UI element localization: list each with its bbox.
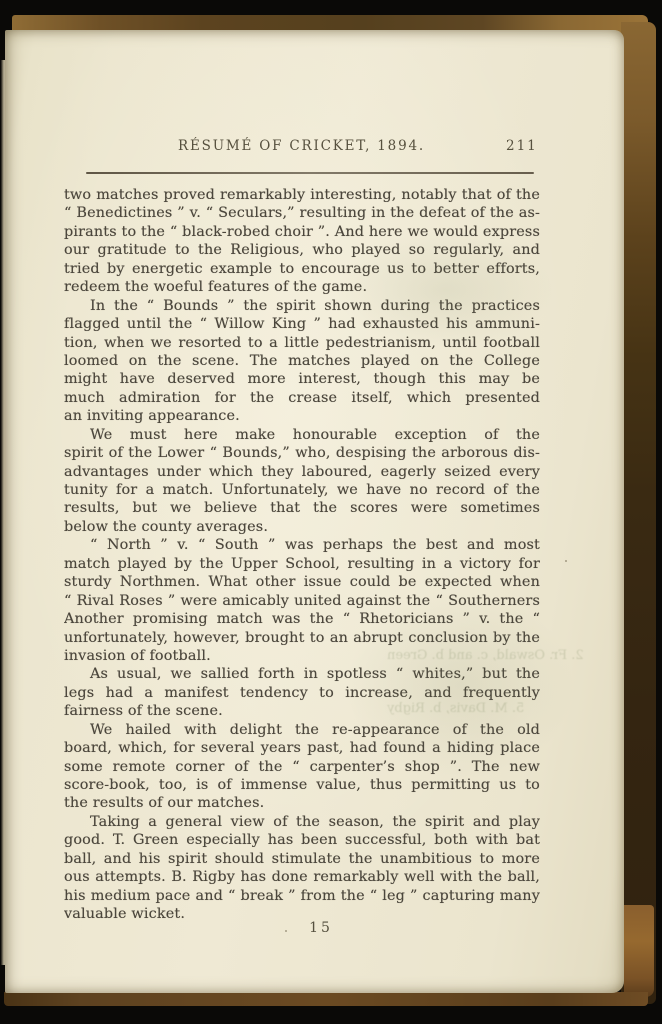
page-body: two matches proved remarkably interestin… <box>64 186 540 924</box>
text-line: ous attempts. B. Rigby has done remarkab… <box>64 868 540 886</box>
book-cover-corner-patch <box>624 905 654 997</box>
book-photo: RÉSUMÉ OF CRICKET, 1894. 211 two matches… <box>0 0 662 1024</box>
paragraph: In the “ Bounds ” the spirit shown durin… <box>64 297 540 426</box>
text-line: “ North ” v. “ South ” was perhaps the b… <box>64 536 540 554</box>
text-line: tion, when we resorted to a little pedes… <box>64 334 540 352</box>
text-line: invasion of football. <box>64 647 540 665</box>
text-line: As usual, we sallied forth in spotless “… <box>64 665 540 683</box>
text-line: an inviting appearance. <box>64 407 540 425</box>
text-line: the results of our matches. <box>64 794 540 812</box>
paragraph: Taking a general view of the season, the… <box>64 813 540 924</box>
paragraph: We must here make honourable exception o… <box>64 426 540 537</box>
text-line: Another promising match was the “ Rhetor… <box>64 610 540 628</box>
text-line: In the “ Bounds ” the spirit shown durin… <box>64 297 540 315</box>
text-line: tried by energetic example to encourage … <box>64 260 540 278</box>
text-line: sturdy Northmen. What other issue could … <box>64 573 540 591</box>
text-line: his medium pace and “ break ” from the “… <box>64 887 540 905</box>
text-line: advantages under which they laboured, ea… <box>64 463 540 481</box>
paper-speck <box>565 560 567 562</box>
text-line: score-book, too, is of immense value, th… <box>64 776 540 794</box>
running-title: RÉSUMÉ OF CRICKET, 1894. <box>65 138 538 154</box>
text-line: good. T. Green especially has been succe… <box>64 831 540 849</box>
text-line: redeem the woeful features of the game. <box>64 278 540 296</box>
text-line: loomed on the scene. The matches played … <box>64 352 540 370</box>
text-line: two matches proved remarkably interestin… <box>64 186 540 204</box>
text-line: unfortunately, however, brought to an ab… <box>64 629 540 647</box>
text-line: our gratitude to the Religious, who play… <box>64 241 540 259</box>
book-page: RÉSUMÉ OF CRICKET, 1894. 211 two matches… <box>5 30 624 993</box>
signature-number: 15 <box>296 920 346 936</box>
text-line: legs had a manifest tendency to increase… <box>64 684 540 702</box>
text-line: below the county averages. <box>64 518 540 536</box>
page-number: 211 <box>506 138 546 154</box>
book-cover-bottom-edge <box>4 992 648 1006</box>
text-line: might have deserved more interest, thoug… <box>64 370 540 388</box>
text-line: Taking a general view of the season, the… <box>64 813 540 831</box>
text-line: fairness of the scene. <box>64 702 540 720</box>
text-line: spirit of the Lower “ Bounds,” who, desp… <box>64 444 540 462</box>
text-line: ball, and his spirit should stimulate th… <box>64 850 540 868</box>
text-line: We must here make honourable exception o… <box>64 426 540 444</box>
paper-speck <box>285 930 287 932</box>
text-line: match played by the Upper School, result… <box>64 555 540 573</box>
paragraph: “ North ” v. “ South ” was perhaps the b… <box>64 536 540 665</box>
paragraph: As usual, we sallied forth in spotless “… <box>64 665 540 720</box>
text-line: flagged until the “ Willow King ” had ex… <box>64 315 540 333</box>
text-line: much admiration for the crease itself, w… <box>64 389 540 407</box>
text-line: We hailed with delight the re-appearance… <box>64 721 540 739</box>
header-rule <box>86 172 534 174</box>
text-line: tunity for a match. Unfortunately, we ha… <box>64 481 540 499</box>
paragraph: We hailed with delight the re-appearance… <box>64 721 540 813</box>
text-line: board, which, for several years past, ha… <box>64 739 540 757</box>
text-line: “ Rival Roses ” were amicably united aga… <box>64 592 540 610</box>
text-line: some remote corner of the “ carpenter’s … <box>64 758 540 776</box>
book-cover-right-edge <box>621 22 656 1004</box>
text-line: results, but we believe that the scores … <box>64 499 540 517</box>
paragraph: two matches proved remarkably interestin… <box>64 186 540 297</box>
text-line: pirants to the “ black-robed choir ”. An… <box>64 223 540 241</box>
text-line: “ Benedictines ” v. “ Seculars,” resulti… <box>64 204 540 222</box>
